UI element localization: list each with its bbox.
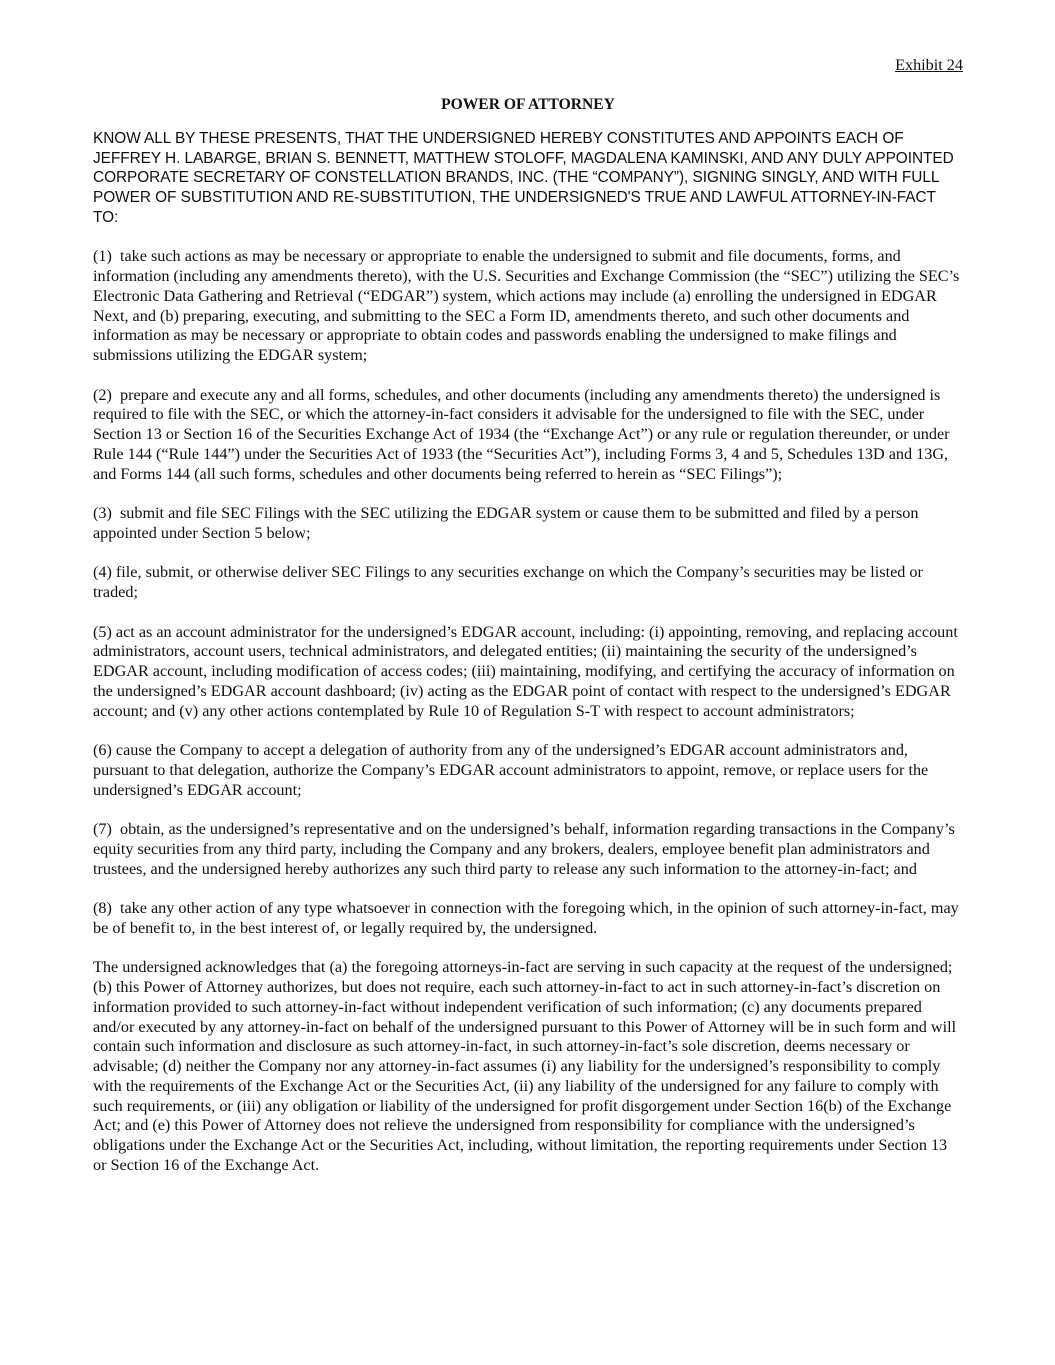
clause-text: prepare and execute any and all forms, s…: [93, 386, 950, 483]
document-page: Exhibit 24 POWER OF ATTORNEY KNOW ALL BY…: [93, 56, 963, 1176]
clause-number: (5): [93, 623, 112, 641]
clause-text: cause the Company to accept a delegation…: [93, 741, 928, 799]
clause-number: (1): [93, 247, 112, 265]
clause-2: (2) prepare and execute any and all form…: [93, 386, 963, 485]
clause-number: (3): [93, 504, 112, 522]
clause-text: act as an account administrator for the …: [93, 623, 958, 720]
clause-number: (2): [93, 386, 112, 404]
clause-text: submit and file SEC Filings with the SEC…: [93, 504, 918, 542]
clause-number: (7): [93, 820, 112, 838]
clause-3: (3) submit and file SEC Filings with the…: [93, 504, 963, 544]
clause-text: take any other action of any type whatso…: [93, 899, 959, 937]
clause-number: (8): [93, 899, 112, 917]
acknowledgment-paragraph: The undersigned acknowledges that (a) th…: [93, 958, 963, 1175]
clause-text: file, submit, or otherwise deliver SEC F…: [93, 563, 923, 601]
clause-5: (5) act as an account administrator for …: [93, 623, 963, 722]
clause-6: (6) cause the Company to accept a delega…: [93, 741, 963, 800]
preamble: KNOW ALL BY THESE PRESENTS, THAT THE UND…: [93, 129, 963, 228]
clause-7: (7) obtain, as the undersigned’s represe…: [93, 820, 963, 879]
document-title: POWER OF ATTORNEY: [93, 95, 963, 115]
clause-number: (6): [93, 741, 112, 759]
clause-8: (8) take any other action of any type wh…: [93, 899, 963, 939]
exhibit-label: Exhibit 24: [93, 56, 963, 76]
clause-text: take such actions as may be necessary or…: [93, 247, 959, 364]
clause-number: (4): [93, 563, 112, 581]
clause-1: (1) take such actions as may be necessar…: [93, 247, 963, 366]
clause-4: (4) file, submit, or otherwise deliver S…: [93, 563, 963, 603]
clause-text: obtain, as the undersigned’s representat…: [93, 820, 955, 878]
